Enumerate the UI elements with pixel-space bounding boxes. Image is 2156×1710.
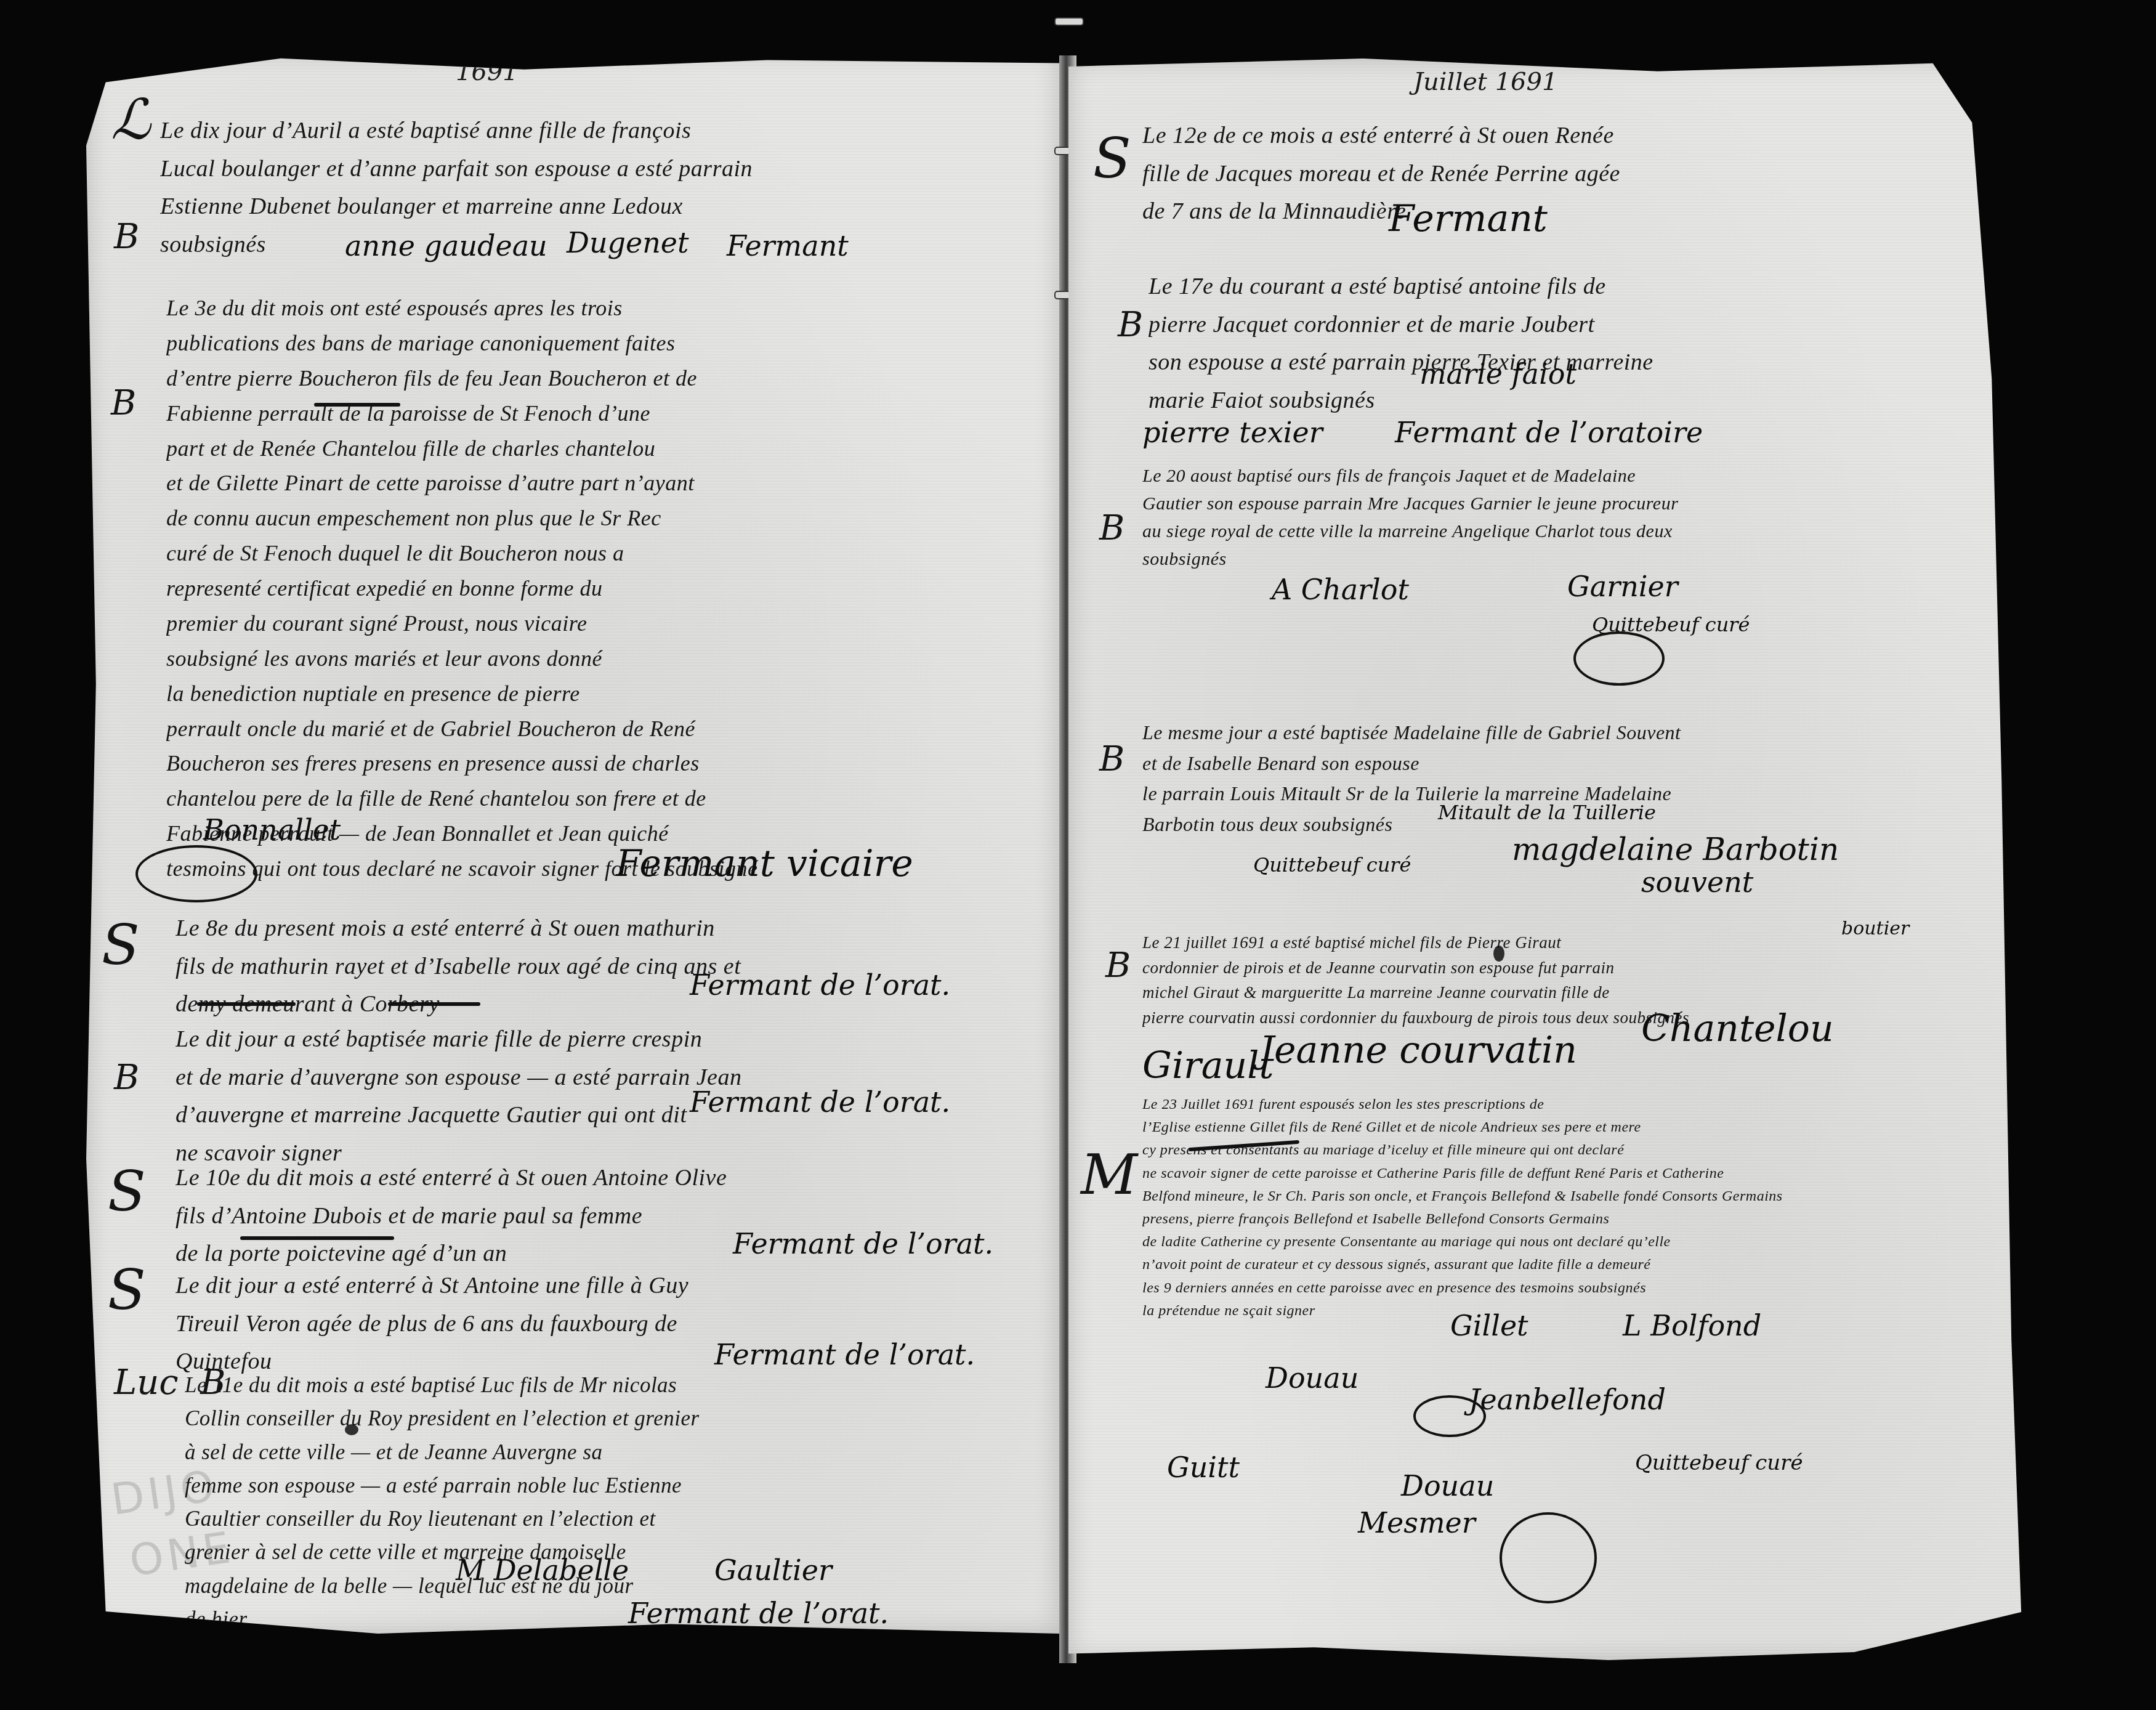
signature: Fermant de l’orat. bbox=[628, 1597, 889, 1630]
margin-initial-L: ℒ bbox=[111, 87, 151, 152]
register-entry: Le 8e du present mois a esté enterré à S… bbox=[176, 910, 1050, 1024]
entry-line: soubsigné les avons mariés et leur avons… bbox=[166, 641, 1047, 676]
entry-line: Tireuil Veron agée de plus de 6 ans du f… bbox=[176, 1305, 1038, 1343]
margin-note: M bbox=[1081, 1143, 1137, 1207]
signature: anne gaudeau bbox=[345, 229, 547, 262]
entry-line: part et de Renée Chantelou fille de char… bbox=[166, 431, 1047, 466]
signature: Fermant de l’oratoire bbox=[1395, 416, 1703, 449]
entry-line: Le 3e du dit mois ont esté espousés apre… bbox=[166, 291, 1047, 326]
signature-flourish bbox=[1413, 1395, 1486, 1437]
signature: Chantelou bbox=[1641, 1007, 1834, 1050]
entry-line: Le dit jour a esté baptisée marie fille … bbox=[176, 1021, 1050, 1059]
left-page: 1691 ℒ B Le dix jour d’Auril a esté bapt… bbox=[86, 51, 1059, 1634]
signature: Fermant de l’orat. bbox=[714, 1338, 975, 1371]
signature: pierre texier bbox=[1142, 416, 1323, 449]
signature: Jeanne courvatin bbox=[1259, 1029, 1577, 1072]
entry-line: presens, pierre françois Bellefond et Is… bbox=[1142, 1208, 1980, 1231]
margin-note: S bbox=[108, 1258, 146, 1323]
underline-stroke bbox=[197, 1002, 296, 1006]
signature: Bonnallet bbox=[203, 813, 341, 846]
entry-line: curé de St Fenoch duquel le dit Bouchero… bbox=[166, 536, 1047, 571]
margin-note: S bbox=[1093, 126, 1131, 191]
entry-line: Le 12e de ce mois a esté enterré à St ou… bbox=[1142, 117, 1943, 155]
signature: souvent bbox=[1641, 865, 1753, 899]
signature: Jeanbellefond bbox=[1469, 1383, 1666, 1416]
signature: Girault bbox=[1142, 1044, 1274, 1087]
entry-line: publications des bans de mariage canoniq… bbox=[166, 326, 1047, 361]
entry-line: la benediction nuptiale en presence de p… bbox=[166, 676, 1047, 711]
entry-line: Le dix jour d’Auril a esté baptisé anne … bbox=[160, 112, 1035, 150]
entry-line: pierre courvatin aussi cordonnier du fau… bbox=[1142, 1005, 1968, 1031]
entry-line: Le 20 aoust baptisé ours fils de françoi… bbox=[1142, 462, 1961, 490]
underline-stroke bbox=[388, 1002, 480, 1006]
entry-line: Le 11e du dit mois a esté baptisé Luc fi… bbox=[185, 1369, 1041, 1402]
signature: Douau bbox=[1266, 1361, 1359, 1395]
entry-line: premier du courant signé Proust, nous vi… bbox=[166, 606, 1047, 641]
entry-line: pierre Jacquet cordonnier et de marie Jo… bbox=[1149, 306, 1949, 344]
entry-line: Gautier son espouse parrain Mre Jacques … bbox=[1142, 490, 1961, 517]
margin-note: B bbox=[1099, 508, 1124, 548]
entry-line: et de Isabelle Benard son espouse bbox=[1142, 748, 1961, 779]
entry-line: michel Giraut & margueritte La marreine … bbox=[1142, 980, 1968, 1005]
register-entry: Le 17e du courant a esté baptisé antoine… bbox=[1149, 268, 1949, 419]
signature: Fermant de l’orat. bbox=[690, 1085, 950, 1119]
entry-line: n’avoit point de curateur et cy dessous … bbox=[1142, 1254, 1980, 1276]
entry-line: de ladite Catherine cy presente Consenta… bbox=[1142, 1231, 1980, 1254]
entry-line: l’Eglise estienne Gillet fils de René Gi… bbox=[1142, 1116, 1980, 1139]
entry-line: Le 17e du courant a esté baptisé antoine… bbox=[1149, 268, 1949, 306]
entry-line: Le 23 Juillet 1691 furent espousés selon… bbox=[1142, 1093, 1980, 1116]
entry-line: Fabienne perrault de la paroisse de St F… bbox=[166, 396, 1047, 431]
entry-line: d’entre pierre Boucheron fils de feu Jea… bbox=[166, 361, 1047, 396]
signature: A Charlot bbox=[1272, 573, 1409, 606]
underline-stroke bbox=[314, 403, 400, 407]
entry-line: tesmoins qui ont tous declaré ne scavoir… bbox=[166, 851, 1047, 886]
margin-note: B bbox=[1105, 946, 1131, 986]
signature: Quittebeuf curé bbox=[1635, 1451, 1803, 1475]
signature: Fermant de l’orat. bbox=[733, 1227, 993, 1260]
margin-note: B bbox=[1099, 739, 1124, 779]
register-entry: Le 11e du dit mois a esté baptisé Luc fi… bbox=[185, 1369, 1041, 1636]
right-page: Juillet 1691 S Le 12e de ce mois a esté … bbox=[1068, 59, 2051, 1660]
entry-line: ne scavoir signer de cette paroisse et C… bbox=[1142, 1162, 1980, 1185]
register-entry: Le 20 aoust baptisé ours fils de françoi… bbox=[1142, 462, 1961, 573]
entry-line: Le dit jour a esté enterré à St Antoine … bbox=[176, 1267, 1038, 1305]
entry-line: la prétendue ne sçait signer bbox=[1142, 1300, 1980, 1323]
register-entry: Le 3e du dit mois ont esté espousés apre… bbox=[166, 291, 1047, 886]
signature: Gillet bbox=[1450, 1309, 1528, 1342]
entry-line: Gaultier conseiller du Roy lieutenant en… bbox=[185, 1502, 1041, 1536]
margin-note: S bbox=[108, 1159, 146, 1224]
signature: marie faiot bbox=[1419, 357, 1577, 391]
signature: Guitt bbox=[1167, 1451, 1240, 1484]
signature: Douau bbox=[1401, 1469, 1494, 1502]
register-entry: Le 21 juillet 1691 a esté baptisé michel… bbox=[1142, 930, 1968, 1030]
entry-line: fille de Jacques moreau et de Renée Perr… bbox=[1142, 155, 1943, 193]
signature: boutier bbox=[1841, 918, 1909, 939]
signature: Quittebeuf curé bbox=[1253, 853, 1411, 877]
signature: Fermant bbox=[1389, 197, 1548, 240]
signature: Mesmer bbox=[1358, 1506, 1476, 1539]
register-spread: 1691 ℒ B Le dix jour d’Auril a esté bapt… bbox=[0, 0, 2156, 1710]
entry-line: representé certificat expedié en bonne f… bbox=[166, 571, 1047, 606]
signature-flourish bbox=[135, 845, 257, 902]
signature: Gaultier bbox=[714, 1554, 832, 1587]
signature: Fermant vicaire bbox=[616, 842, 913, 885]
signature: magdelaine Barbotin bbox=[1512, 832, 1839, 867]
entry-line: Estienne Dubenet boulanger et marreine a… bbox=[160, 188, 1035, 226]
entry-line: cordonnier de pirois et de Jeanne courva… bbox=[1142, 955, 1968, 981]
margin-note: B bbox=[111, 383, 136, 423]
entry-line: Le mesme jour a esté baptisée Madelaine … bbox=[1142, 718, 1961, 748]
margin-note: S bbox=[102, 913, 140, 978]
underline-stroke bbox=[240, 1236, 394, 1240]
ink-blot bbox=[345, 1424, 358, 1435]
entry-line: Lucal boulanger et d’anne parfait son es… bbox=[160, 150, 1035, 188]
entry-line: femme son espouse — a esté parrain noble… bbox=[185, 1469, 1041, 1502]
margin-note: B bbox=[1118, 305, 1143, 345]
entry-line: les 9 derniers années en cette paroisse … bbox=[1142, 1277, 1980, 1300]
entry-line: Belfond mineure, le Sr Ch. Paris son onc… bbox=[1142, 1185, 1980, 1208]
signature: Dugenet bbox=[567, 226, 689, 259]
entry-line: perrault oncle du marié et de Gabriel Bo… bbox=[166, 711, 1047, 747]
ink-blot bbox=[1493, 946, 1504, 962]
entry-line: de hier bbox=[185, 1603, 1041, 1636]
entry-line: Le 8e du present mois a esté enterré à S… bbox=[176, 910, 1050, 948]
signature: L Bolfond bbox=[1623, 1309, 1761, 1342]
signature-flourish bbox=[1500, 1512, 1597, 1603]
signature: Garnier bbox=[1567, 570, 1678, 603]
register-entry: Le 23 Juillet 1691 furent espousés selon… bbox=[1142, 1093, 1980, 1323]
margin-note: B bbox=[114, 217, 139, 257]
year-heading: 1691 bbox=[456, 58, 519, 86]
entry-line: Boucheron ses freres presens en presence… bbox=[166, 746, 1047, 781]
entry-line: de connu aucun empeschement non plus que… bbox=[166, 501, 1047, 536]
entry-line: Collin conseiller du Roy president en l’… bbox=[185, 1402, 1041, 1435]
month-heading: Juillet 1691 bbox=[1413, 68, 1557, 96]
entry-line: chantelou pere de la fille de René chant… bbox=[166, 781, 1047, 816]
entry-line: Le 10e du dit mois a esté enterré à St o… bbox=[176, 1159, 1038, 1197]
signature: Fermant de l’orat. bbox=[690, 968, 950, 1002]
signature: Fermant bbox=[727, 229, 849, 262]
signature-flourish bbox=[1573, 631, 1665, 686]
signature: M Delabelle bbox=[456, 1554, 629, 1587]
signature: Mitault de la Tuillerie bbox=[1438, 801, 1656, 824]
entry-line: et de Gilette Pinart de cette paroisse d… bbox=[166, 466, 1047, 501]
binding-stitch bbox=[1054, 17, 1084, 26]
margin-note: B bbox=[114, 1058, 139, 1098]
entry-line: à sel de cette ville — et de Jeanne Auve… bbox=[185, 1436, 1041, 1469]
entry-line: au siege royal de cette ville la marrein… bbox=[1142, 517, 1961, 545]
entry-line: soubsignés bbox=[1142, 545, 1961, 573]
